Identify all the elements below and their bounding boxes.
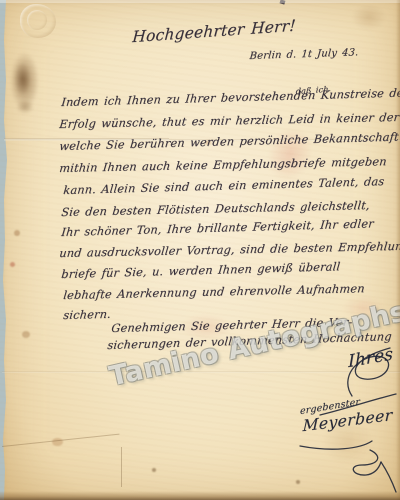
letter-line: sichern. xyxy=(63,308,112,322)
paper-top-edge xyxy=(0,0,400,3)
foxing-spot xyxy=(10,262,15,267)
foxing-spot xyxy=(14,230,20,236)
foxing-spot xyxy=(22,331,30,338)
paper-bottom-edge xyxy=(0,491,400,500)
stain xyxy=(16,100,34,114)
embossed-crest-inner xyxy=(27,10,47,30)
crease xyxy=(121,447,122,487)
paper-right-edge xyxy=(396,0,400,500)
letter-photo: Hochgeehrter Herr! Berlin d. 1t July 43.… xyxy=(0,0,400,500)
foxing-spot xyxy=(152,468,156,472)
stain xyxy=(14,62,31,96)
stain xyxy=(352,4,386,30)
foxing-spot xyxy=(296,480,300,484)
